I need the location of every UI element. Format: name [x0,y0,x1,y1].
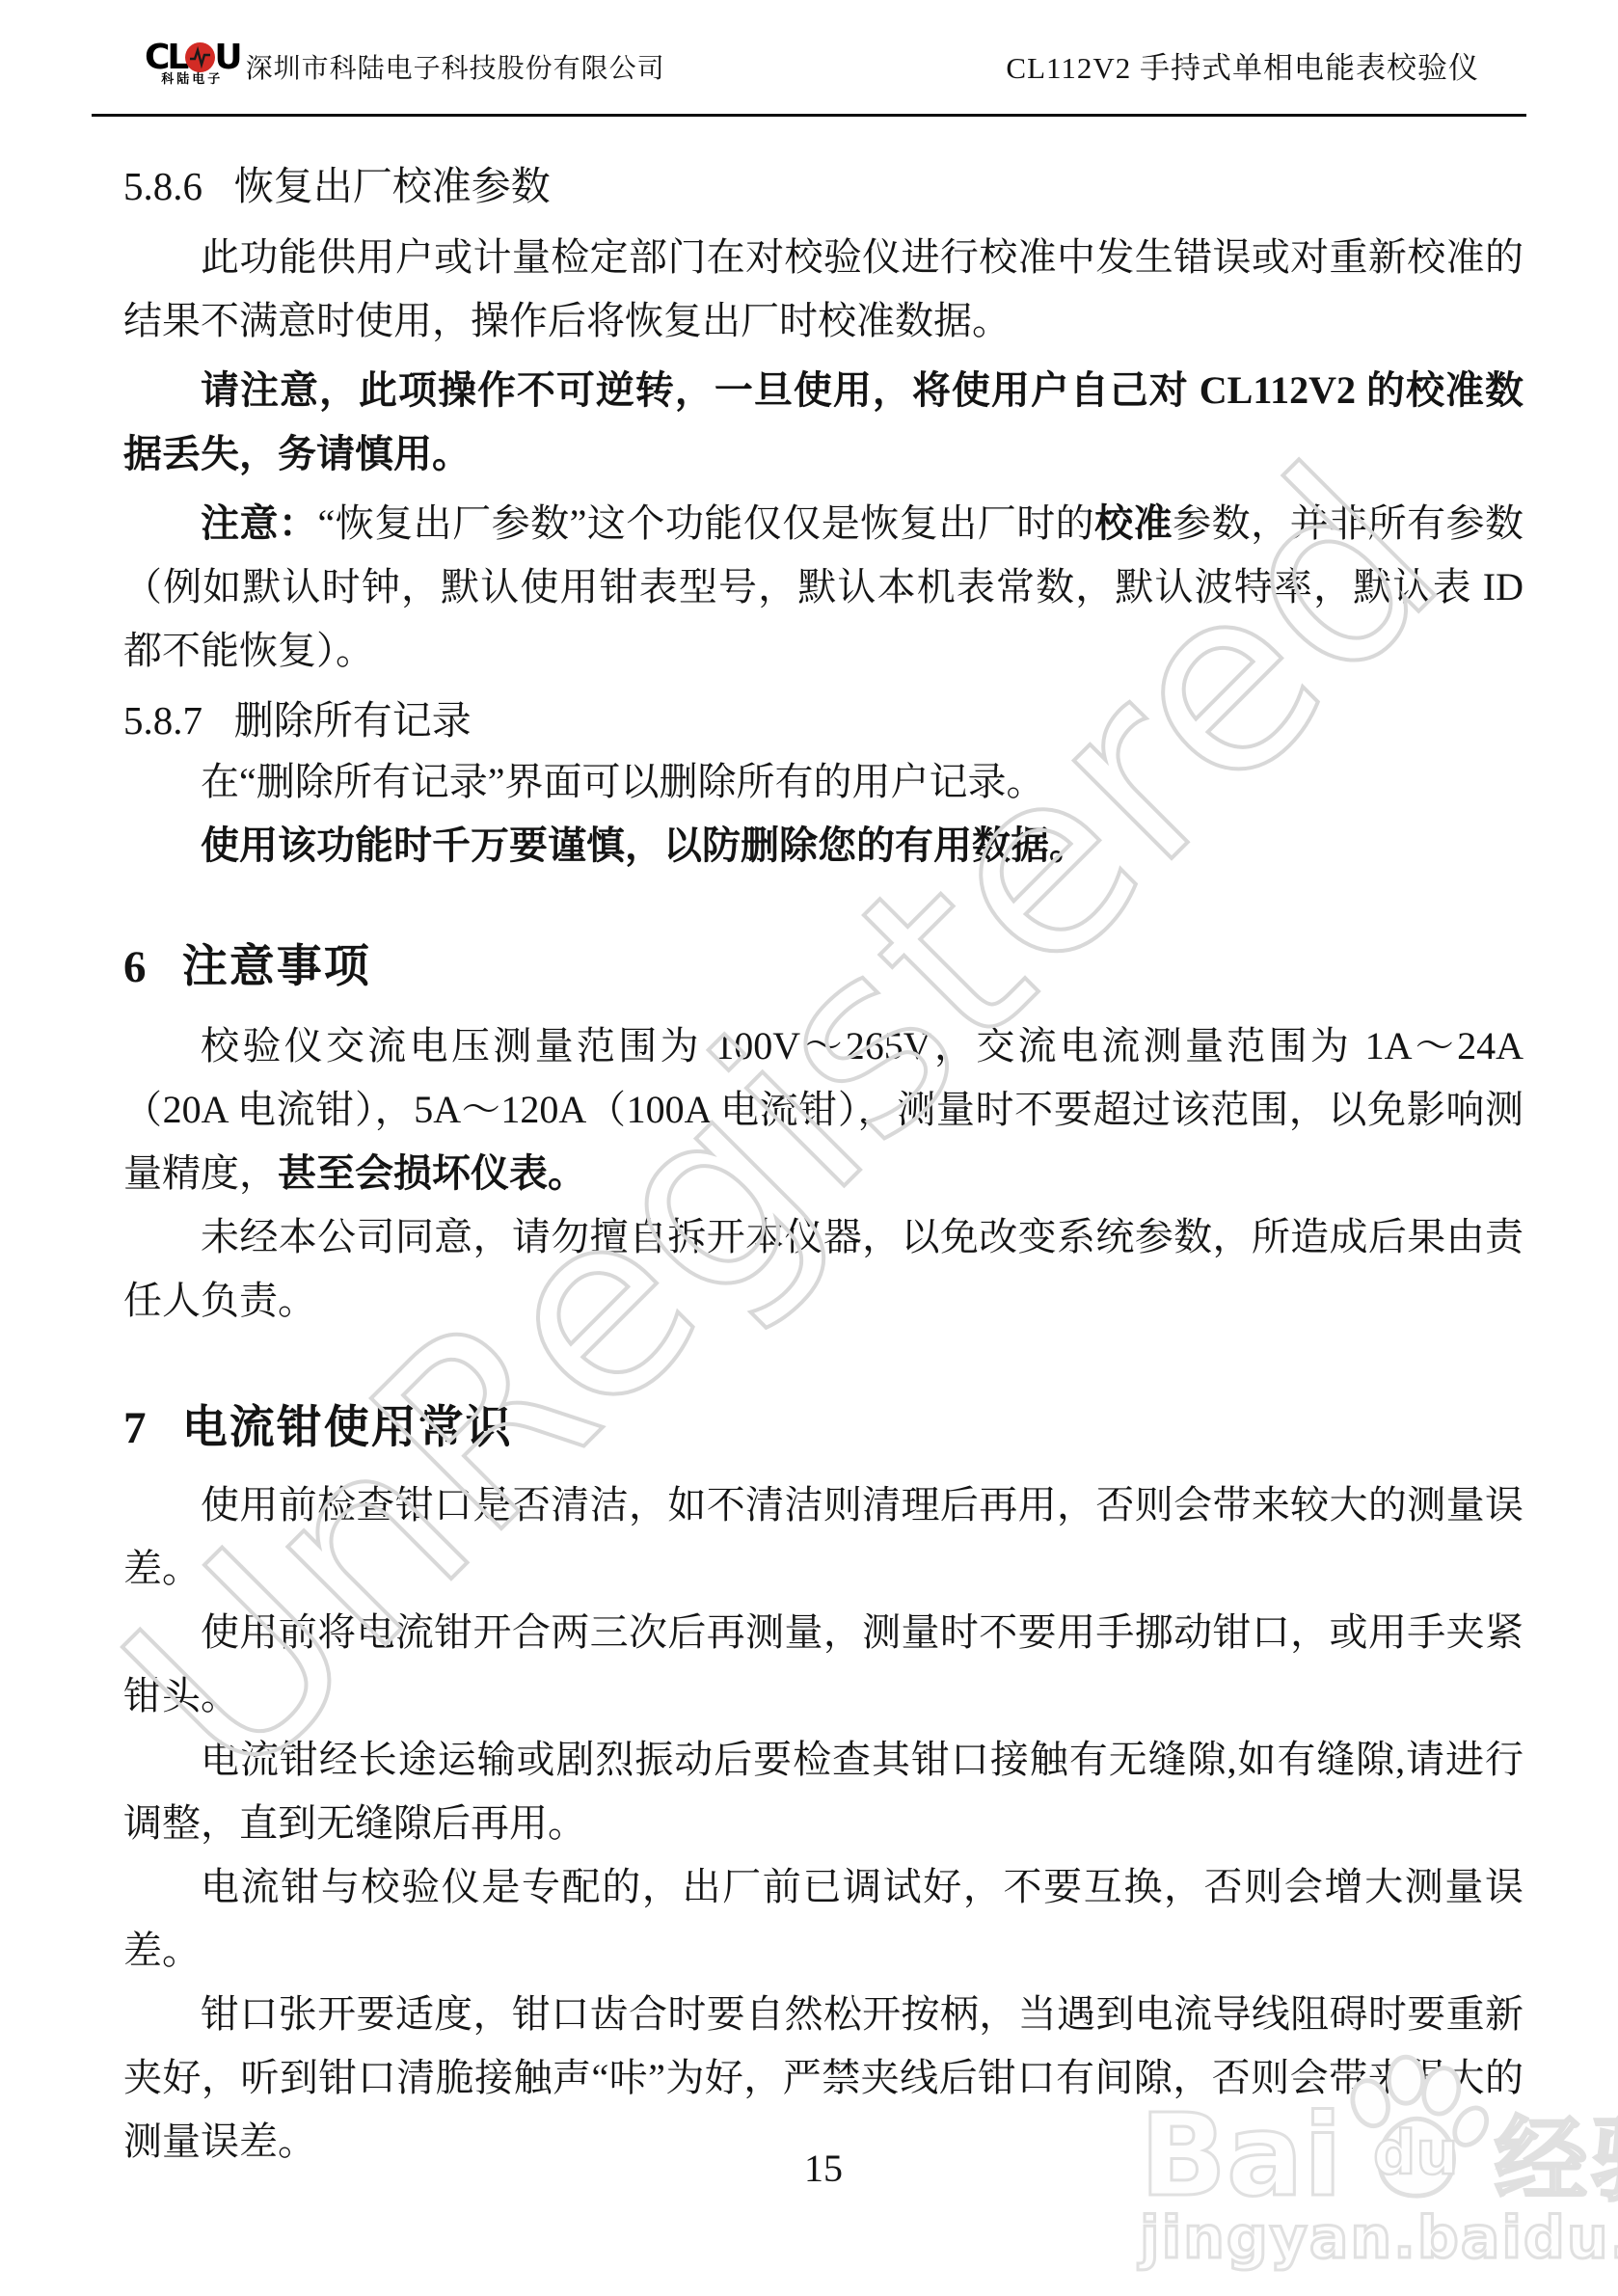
section-title: 恢复出厂校准参数 [234,164,551,208]
section-number: 5.8.7 [123,698,202,743]
page-number: 15 [804,2147,843,2190]
section-heading-6: 6注意事项 [123,939,1524,995]
paragraph: 在“删除所有记录”界面可以删除所有的用户记录。 [123,750,1524,814]
section-heading-5-8-6: 5.8.6恢复出厂校准参数 [123,160,1524,212]
section-number: 5.8.6 [123,164,202,208]
clou-logo: CLU 科陆电子 [145,42,240,86]
section-number: 6 [123,942,148,992]
document-page: { "header": { "logo": { "cl": "CL", "u":… [0,0,1618,2296]
section-number: 7 [123,1403,148,1453]
paragraph: 未经本公司同意，请勿擅自拆开本仪器，以免改变系统参数，所造成后果由责任人负责。 [123,1205,1524,1333]
section-title: 注意事项 [182,942,371,992]
page-header: CLU 科陆电子 深圳市科陆电子科技股份有限公司 CL112V2 手持式单相电能… [145,42,1479,86]
paragraph: 使用前将电流钳开合两三次后再测量，测量时不要用手挪动钳口，或用手夹紧钳头。 [123,1601,1524,1728]
paragraph: 电流钳与校验仪是专配的，出厂前已调试好，不要互换，否则会增大测量误差。 [123,1855,1524,1983]
paragraph: 注意：“恢复出厂参数”这个功能仅仅是恢复出厂时的校准参数，并非所有参数（例如默认… [123,492,1524,683]
paragraph: 此功能供用户或计量检定部门在对校验仪进行校准中发生错误或对重新校准的结果不满意时… [123,226,1524,353]
section-heading-5-8-7: 5.8.7删除所有记录 [123,694,1524,746]
paragraph: 请注意，此项操作不可逆转，一旦使用，将使用户自己对 CL112V2 的校准数据丢… [123,359,1524,486]
clou-logo-o-icon [185,42,215,72]
section-title: 删除所有记录 [234,698,472,743]
section-heading-7: 7电流钳使用常识 [123,1400,1524,1456]
paragraph: 校验仪交流电压测量范围为 100V～265V，交流电流测量范围为 1A～24A（… [123,1014,1524,1205]
doc-title: CL112V2 手持式单相电能表校验仪 [1006,51,1479,86]
logo-letter-u: U [214,43,239,72]
paragraph: 使用该功能时千万要谨慎，以防删除您的有用数据。 [123,814,1524,878]
document-body: 5.8.6恢复出厂校准参数 此功能供用户或计量检定部门在对校验仪进行校准中发生错… [123,145,1524,2174]
header-divider [92,114,1526,117]
section-title: 电流钳使用常识 [182,1403,513,1453]
jingyan-url-watermark: jingyan.baidu.com [1140,2204,1618,2272]
paragraph: 电流钳经长途运输或剧烈振动后要检查其钳口接触有无缝隙,如有缝隙,请进行调整，直到… [123,1728,1524,1855]
header-left: CLU 科陆电子 深圳市科陆电子科技股份有限公司 [145,42,665,86]
clou-logo-word: CLU [145,42,240,72]
logo-letters-cl: CL [145,43,186,72]
clou-logo-subtext: 科陆电子 [161,72,223,86]
page-footer: 15 [123,2145,1524,2193]
paragraph: 使用前检查钳口是否清洁，如不清洁则清理后再用，否则会带来较大的测量误差。 [123,1473,1524,1601]
company-name: 深圳市科陆电子科技股份有限公司 [246,53,665,86]
